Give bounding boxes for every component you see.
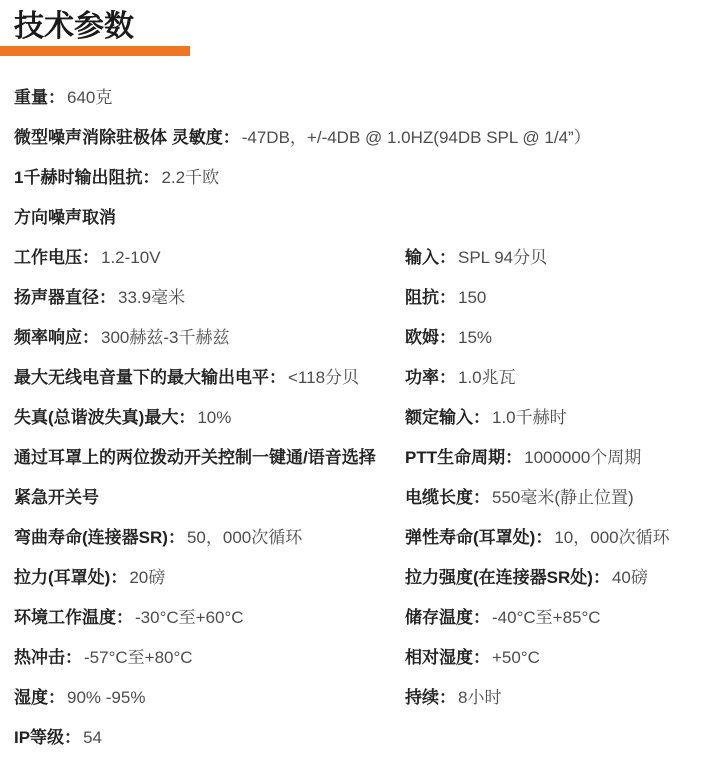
spec-cell-left: 湿度：90% -95% [14,678,405,718]
spec-value: 50，000次循环 [187,528,302,547]
spec-value: -30°C至+60°C [135,608,244,627]
spec-cell-left: 扬声器直径：33.9毫米 [14,278,405,318]
spec-label: 热冲击： [14,648,82,667]
spec-label: 通过耳罩上的两位拨动开关控制一键通/语音选择 [14,448,376,467]
spec-row: 紧急开关号 电缆长度：550毫米(静止位置) [0,478,702,518]
spec-row: 通过耳罩上的两位拨动开关控制一键通/语音选择 PTT生命周期：1000000个周… [0,438,702,478]
spec-header: 技术参数 [0,0,702,56]
spec-label: 微型噪声消除驻极体 灵敏度： [14,128,240,147]
spec-cell-left: 微型噪声消除驻极体 灵敏度：-47DB，+/-4DB @ 1.0HZ(94DB … [14,118,405,158]
spec-cell-left: 紧急开关号 [14,478,405,518]
spec-cell-right: 持续：8小时 [405,678,702,718]
spec-cell-right: PTT生命周期：1000000个周期 [405,438,702,478]
spec-cell-left: 热冲击：-57°C至+80°C [14,638,405,678]
spec-cell-left: 频率响应：300赫兹-3千赫兹 [14,318,405,358]
spec-cell-left: 失真(总谐波失真)最大：10% [14,398,405,438]
spec-cell-left: 方向噪声取消 [14,198,405,238]
spec-row: IP等级：54 [0,718,702,758]
spec-row: 微型噪声消除驻极体 灵敏度：-47DB，+/-4DB @ 1.0HZ(94DB … [0,118,702,158]
spec-cell-left: 环境工作温度：-30°C至+60°C [14,598,405,638]
spec-label: 工作电压： [14,248,99,267]
spec-cell-left: 最大无线电音量下的最大输出电平：<118分贝 [14,358,405,398]
spec-value: 300赫兹-3千赫兹 [101,328,229,347]
spec-label: 重量： [14,88,65,107]
spec-row: 湿度：90% -95% 持续：8小时 [0,678,702,718]
spec-label: 阻抗： [405,288,456,307]
spec-row: 扬声器直径：33.9毫米 阻抗：150 [0,278,702,318]
spec-label: 输入： [405,248,456,267]
spec-value: 33.9毫米 [118,288,185,307]
spec-label: 拉力(耳罩处)： [14,568,127,587]
spec-cell-left: 通过耳罩上的两位拨动开关控制一键通/语音选择 [14,438,405,478]
spec-row: 方向噪声取消 [0,198,702,238]
spec-label: 功率： [405,368,456,387]
spec-value: 1.0千赫时 [492,408,567,427]
spec-row: 工作电压：1.2-10V 输入：SPL 94分贝 [0,238,702,278]
spec-value: 1.2-10V [101,248,161,267]
spec-label: 湿度： [14,688,65,707]
spec-label: 失真(总谐波失真)最大： [14,408,195,427]
spec-label: 频率响应： [14,328,99,347]
spec-cell-left: 1千赫时输出阻抗：2.2千欧 [14,158,405,198]
spec-row: 热冲击：-57°C至+80°C 相对湿度：+50°C [0,638,702,678]
spec-label: 1千赫时输出阻抗： [14,168,159,187]
spec-row: 失真(总谐波失真)最大：10% 额定输入：1.0千赫时 [0,398,702,438]
spec-label: 拉力强度(在连接器SR处)： [405,568,610,587]
spec-value: 10% [197,408,231,427]
spec-row: 频率响应：300赫兹-3千赫兹 欧姆：15% [0,318,702,358]
accent-bar [0,46,190,56]
spec-value: -57°C至+80°C [84,648,193,667]
spec-value: 2.2千欧 [161,168,219,187]
spec-label: 方向噪声取消 [14,208,116,227]
spec-value: 1.0兆瓦 [458,368,516,387]
spec-label: 电缆长度： [405,488,490,507]
spec-value: 150 [458,288,486,307]
spec-cell-right: 电缆长度：550毫米(静止位置) [405,478,702,518]
spec-cell-right: 弹性寿命(耳罩处)：10，000次循环 [405,518,702,558]
spec-value: 40磅 [612,568,648,587]
spec-label: 欧姆： [405,328,456,347]
spec-label: 最大无线电音量下的最大输出电平： [14,368,286,387]
spec-row: 拉力(耳罩处)：20磅 拉力强度(在连接器SR处)：40磅 [0,558,702,598]
spec-label: IP等级： [14,728,81,747]
spec-cell-right [405,158,702,198]
spec-value: 640克 [67,88,112,107]
spec-cell-left: 工作电压：1.2-10V [14,238,405,278]
spec-cell-left: 重量：640克 [14,78,405,118]
spec-label: 紧急开关号 [14,488,99,507]
spec-cell-right: 功率：1.0兆瓦 [405,358,702,398]
spec-value: -40°C至+85°C [492,608,601,627]
spec-row: 1千赫时输出阻抗：2.2千欧 [0,158,702,198]
spec-cell-right: 额定输入：1.0千赫时 [405,398,702,438]
spec-cell-right [405,118,702,158]
spec-sheet-page: 技术参数 重量：640克 微型噪声消除驻极体 灵敏度：-47DB，+/-4DB … [0,0,702,764]
spec-label: 弹性寿命(耳罩处)： [405,528,552,547]
page-title: 技术参数 [14,10,702,44]
spec-value: 54 [83,728,102,747]
spec-cell-right [405,78,702,118]
spec-row: 最大无线电音量下的最大输出电平：<118分贝 功率：1.0兆瓦 [0,358,702,398]
spec-label: 扬声器直径： [14,288,116,307]
spec-value: 10，000次循环 [554,528,669,547]
spec-cell-right [405,198,702,238]
spec-cell-right: 相对湿度：+50°C [405,638,702,678]
spec-value: 1000000个周期 [524,448,641,467]
spec-cell-left: 弯曲寿命(连接器SR)：50，000次循环 [14,518,405,558]
spec-cell-right [405,718,702,758]
spec-value: 8小时 [458,688,501,707]
spec-cell-right: 阻抗：150 [405,278,702,318]
spec-row: 弯曲寿命(连接器SR)：50，000次循环 弹性寿命(耳罩处)：10，000次循… [0,518,702,558]
spec-value: 90% -95% [67,688,145,707]
spec-label: 弯曲寿命(连接器SR)： [14,528,185,547]
spec-row: 环境工作温度：-30°C至+60°C 储存温度：-40°C至+85°C [0,598,702,638]
spec-value: 20磅 [129,568,165,587]
spec-cell-right: 拉力强度(在连接器SR处)：40磅 [405,558,702,598]
spec-cell-left: 拉力(耳罩处)：20磅 [14,558,405,598]
spec-label: 持续： [405,688,456,707]
spec-value: +50°C [492,648,540,667]
spec-value: 550毫米(静止位置) [492,488,634,507]
spec-cell-left: IP等级：54 [14,718,405,758]
spec-label: 环境工作温度： [14,608,133,627]
spec-value: 15% [458,328,492,347]
spec-label: PTT生命周期： [405,448,522,467]
spec-cell-right: 欧姆：15% [405,318,702,358]
spec-rows: 重量：640克 微型噪声消除驻极体 灵敏度：-47DB，+/-4DB @ 1.0… [0,78,702,758]
spec-label: 相对湿度： [405,648,490,667]
spec-cell-right: 储存温度：-40°C至+85°C [405,598,702,638]
spec-label: 储存温度： [405,608,490,627]
spec-value: <118分贝 [288,368,359,387]
spec-cell-right: 输入：SPL 94分贝 [405,238,702,278]
spec-value: SPL 94分贝 [458,248,547,267]
spec-label: 额定输入： [405,408,490,427]
spec-row: 重量：640克 [0,78,702,118]
